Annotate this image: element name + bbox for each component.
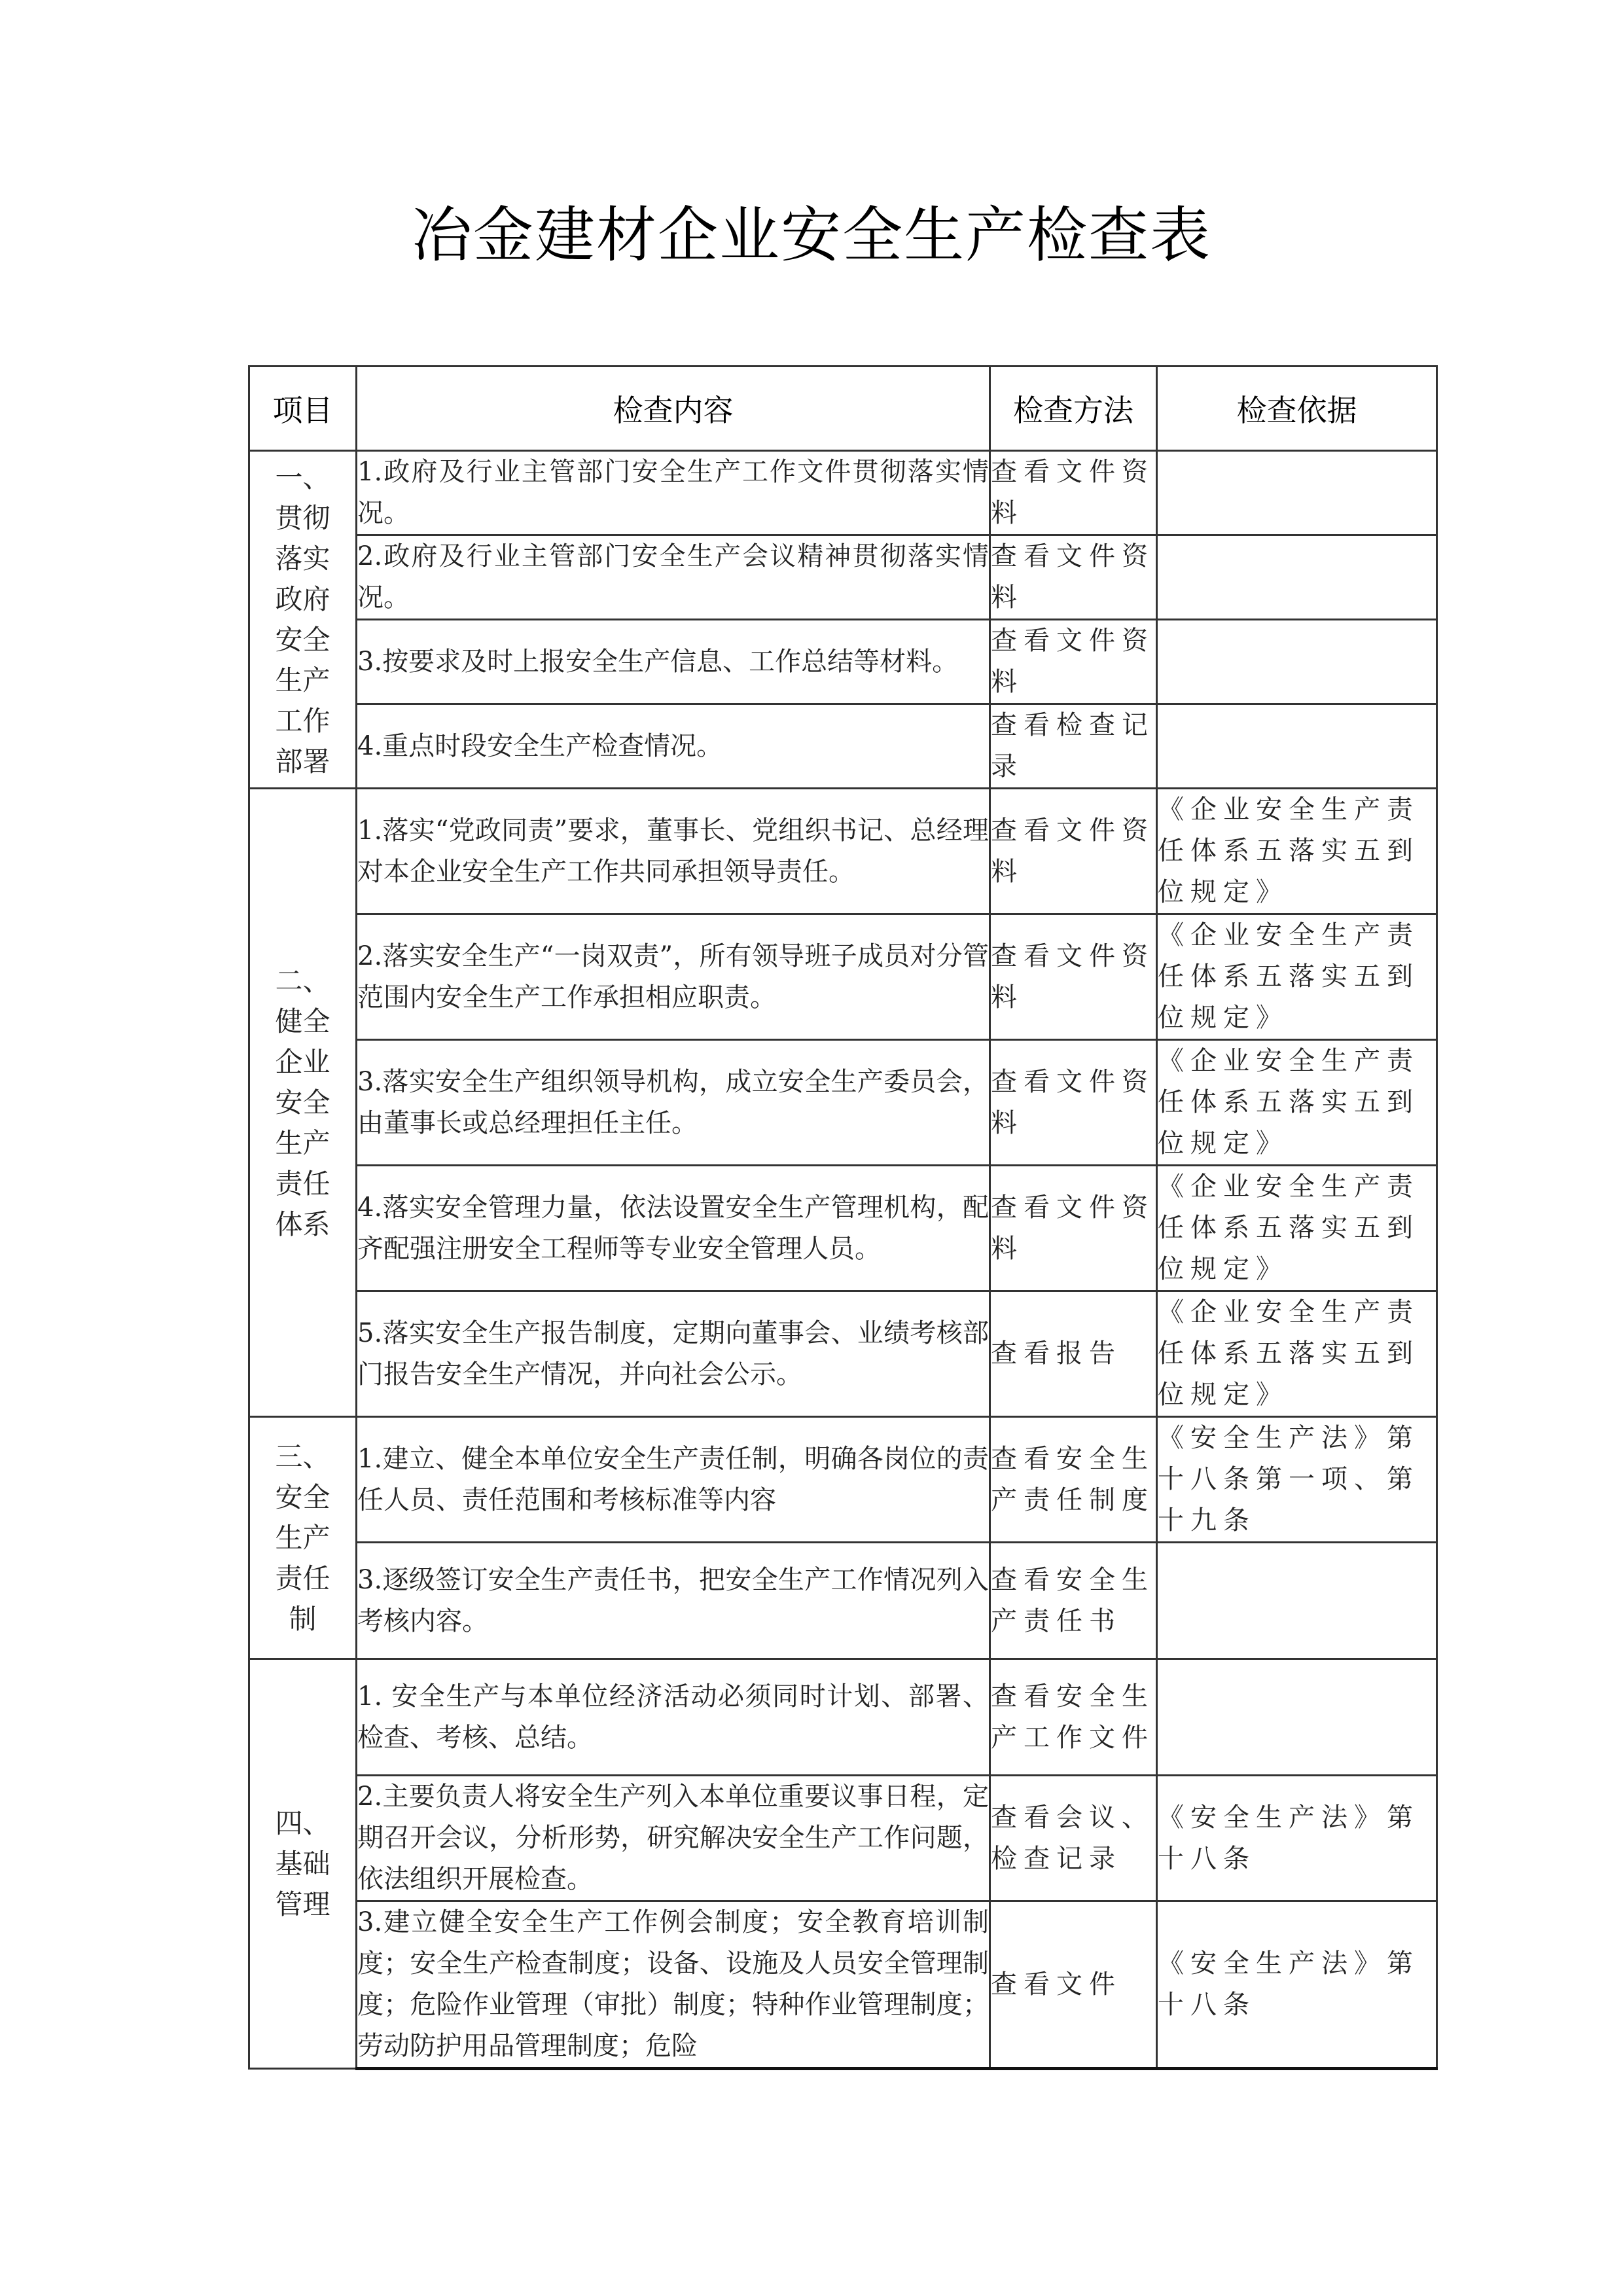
- section-label: 二、健全企业安全生产责任体系: [249, 789, 357, 1417]
- table-row: 一、贯彻落实政府安全生产工作部署 1.政府及行业主管部门安全生产工作文件贯彻落实…: [249, 451, 1437, 535]
- table-row: 二、健全企业安全生产责任体系 1.落实“党政同责”要求，董事长、党组织书记、总经…: [249, 789, 1437, 914]
- check-content: 3.逐级签订安全生产责任书，把安全生产工作情况列入考核内容。: [357, 1543, 990, 1659]
- check-content: 4.重点时段安全生产检查情况。: [357, 704, 990, 789]
- check-basis: 《安全生产法》第十八条: [1157, 1776, 1437, 1901]
- check-content: 2.政府及行业主管部门安全生产会议精神贯彻落实情况。: [357, 535, 990, 620]
- check-basis: 《安全生产法》第十八条: [1157, 1901, 1437, 2069]
- check-method: 查看文件资料: [990, 620, 1157, 704]
- section-label: 一、贯彻落实政府安全生产工作部署: [249, 451, 357, 789]
- check-method: 查看文件: [990, 1901, 1157, 2069]
- table-row: 2.主要负责人将安全生产列入本单位重要议事日程，定期召开会议，分析形势，研究解决…: [249, 1776, 1437, 1901]
- check-basis: [1157, 451, 1437, 535]
- check-method: 查看文件资料: [990, 914, 1157, 1040]
- document-title: 冶金建材企业安全生产检查表: [0, 196, 1623, 275]
- check-content: 3.落实安全生产组织领导机构，成立安全生产委员会，由董事长或总经理担任主任。: [357, 1040, 990, 1166]
- check-basis: 《安全生产法》第十八条第一项、第十九条: [1157, 1417, 1437, 1543]
- check-basis: 《企业安全生产责任体系五落实五到位规定》: [1157, 789, 1437, 914]
- check-method: 查看文件资料: [990, 451, 1157, 535]
- table-header-row: 项目 检查内容 检查方法 检查依据: [249, 367, 1437, 451]
- section-label: 三、安全生产责任制: [249, 1417, 357, 1659]
- check-content: 3.按要求及时上报安全生产信息、工作总结等材料。: [357, 620, 990, 704]
- check-basis: [1157, 1543, 1437, 1659]
- check-basis: [1157, 620, 1437, 704]
- header-content: 检查内容: [357, 367, 990, 451]
- table-row: 4.落实安全管理力量，依法设置安全生产管理机构，配齐配强注册安全工程师等专业安全…: [249, 1166, 1437, 1291]
- check-method: 查看安全生产责任制度: [990, 1417, 1157, 1543]
- check-method: 查看安全生产责任书: [990, 1543, 1157, 1659]
- table-row: 三、安全生产责任制 1.建立、健全本单位安全生产责任制，明确各岗位的责任人员、责…: [249, 1417, 1437, 1543]
- check-basis: 《企业安全生产责任体系五落实五到位规定》: [1157, 914, 1437, 1040]
- table-row: 2.政府及行业主管部门安全生产会议精神贯彻落实情况。 查看文件资料: [249, 535, 1437, 620]
- table-row: 3.按要求及时上报安全生产信息、工作总结等材料。 查看文件资料: [249, 620, 1437, 704]
- check-content: 3.建立健全安全生产工作例会制度；安全教育培训制度；安全生产检查制度；设备、设施…: [357, 1901, 990, 2069]
- check-content: 1. 安全生产与本单位经济活动必须同时计划、部署、检查、考核、总结。: [357, 1659, 990, 1776]
- check-method: 查看报告: [990, 1291, 1157, 1417]
- check-content: 1.政府及行业主管部门安全生产工作文件贯彻落实情况。: [357, 451, 990, 535]
- check-basis: [1157, 1659, 1437, 1776]
- check-content: 4.落实安全管理力量，依法设置安全生产管理机构，配齐配强注册安全工程师等专业安全…: [357, 1166, 990, 1291]
- table-row: 四、基础管理 1. 安全生产与本单位经济活动必须同时计划、部署、检查、考核、总结…: [249, 1659, 1437, 1776]
- table-row: 2.落实安全生产“一岗双责”，所有领导班子成员对分管范围内安全生产工作承担相应职…: [249, 914, 1437, 1040]
- check-method: 查看安全生产工作文件: [990, 1659, 1157, 1776]
- check-basis: 《企业安全生产责任体系五落实五到位规定》: [1157, 1166, 1437, 1291]
- table-row: 3.建立健全安全生产工作例会制度；安全教育培训制度；安全生产检查制度；设备、设施…: [249, 1901, 1437, 2069]
- check-basis: 《企业安全生产责任体系五落实五到位规定》: [1157, 1291, 1437, 1417]
- table-row: 5.落实安全生产报告制度，定期向董事会、业绩考核部门报告安全生产情况，并向社会公…: [249, 1291, 1437, 1417]
- check-method: 查看检查记录: [990, 704, 1157, 789]
- check-content: 2.落实安全生产“一岗双责”，所有领导班子成员对分管范围内安全生产工作承担相应职…: [357, 914, 990, 1040]
- check-content: 5.落实安全生产报告制度，定期向董事会、业绩考核部门报告安全生产情况，并向社会公…: [357, 1291, 990, 1417]
- header-basis: 检查依据: [1157, 367, 1437, 451]
- safety-inspection-table: 项目 检查内容 检查方法 检查依据 一、贯彻落实政府安全生产工作部署 1.政府及…: [248, 365, 1438, 2070]
- table-row: 3.落实安全生产组织领导机构，成立安全生产委员会，由董事长或总经理担任主任。 查…: [249, 1040, 1437, 1166]
- check-method: 查看文件资料: [990, 535, 1157, 620]
- check-method: 查看文件资料: [990, 789, 1157, 914]
- check-method: 查看文件资料: [990, 1040, 1157, 1166]
- check-basis: [1157, 704, 1437, 789]
- check-content: 1.落实“党政同责”要求，董事长、党组织书记、总经理对本企业安全生产工作共同承担…: [357, 789, 990, 914]
- check-content: 1.建立、健全本单位安全生产责任制，明确各岗位的责任人员、责任范围和考核标准等内…: [357, 1417, 990, 1543]
- check-basis: [1157, 535, 1437, 620]
- check-method: 查看会议、检查记录: [990, 1776, 1157, 1901]
- check-content: 2.主要负责人将安全生产列入本单位重要议事日程，定期召开会议，分析形势，研究解决…: [357, 1776, 990, 1901]
- section-label: 四、基础管理: [249, 1659, 357, 2069]
- table-row: 3.逐级签订安全生产责任书，把安全生产工作情况列入考核内容。 查看安全生产责任书: [249, 1543, 1437, 1659]
- header-method: 检查方法: [990, 367, 1157, 451]
- header-item: 项目: [249, 367, 357, 451]
- check-method: 查看文件资料: [990, 1166, 1157, 1291]
- table-row: 4.重点时段安全生产检查情况。 查看检查记录: [249, 704, 1437, 789]
- check-basis: 《企业安全生产责任体系五落实五到位规定》: [1157, 1040, 1437, 1166]
